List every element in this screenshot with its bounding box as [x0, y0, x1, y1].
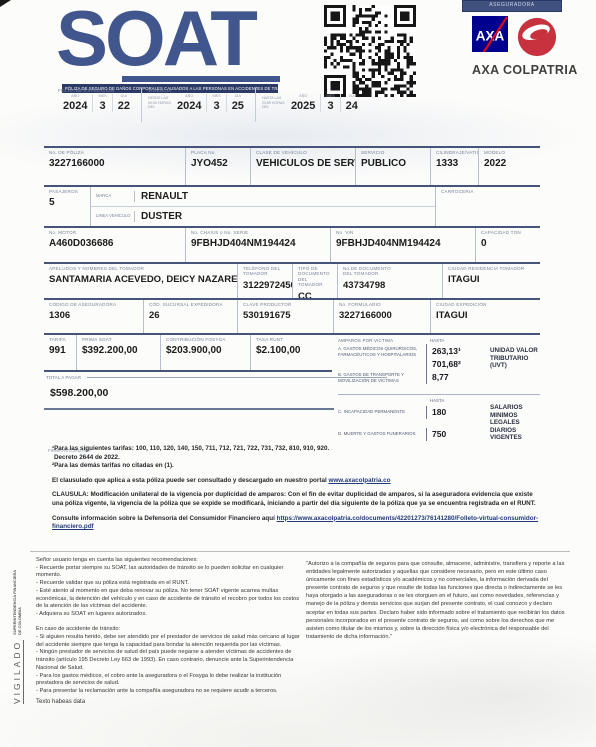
vigencia-desde-group: VIGENCIA DESDE LAS 00:00 HORAS DEL AÑO20… — [141, 88, 255, 122]
scan-corner-artifact — [0, 0, 11, 7]
field-telefono: TELÉFONO DEL TOMADOR 3122972450 — [237, 264, 292, 298]
field-num-documento: No.DE DOCUMENTO DEL TOMADOR 43734798 — [337, 264, 442, 298]
field-tomador: APELLIDOS Y NOMBRES DEL TOMADOR SANTAMAR… — [44, 264, 237, 298]
hasta-label-2: HASTA — [430, 398, 444, 403]
qr-code-canvas — [324, 5, 416, 97]
field-pasajeros: PASAJEROS 5 — [44, 187, 90, 226]
footer-recommendations: Señor usuario tenga en cuenta las siguie… — [36, 557, 304, 696]
field-tarifa: TARIFA 991 — [44, 335, 76, 370]
amparo-d-label: D. MUERTE Y GASTOS FUNERARIOS — [338, 431, 424, 437]
policy-table: No. DE PÓLIZA 3227166000 PLACA No. JYO45… — [44, 146, 540, 333]
vigencia-desde-label: DESDE LAS 00:00 HORAS DEL — [148, 96, 172, 110]
dia-label: DIA — [118, 94, 130, 98]
total-a-pagar-label: TOTAL A PAGAR — [46, 375, 332, 380]
field-modelo: MODELO 2022 — [478, 148, 540, 185]
vigencia-hasta-label: HASTA LAS 23:59 HORAS DEL — [262, 96, 286, 110]
note-tarifas-1: ¹Para las siguientes tarifas: 100, 110, … — [52, 445, 544, 454]
hasta-ano: 2025 — [291, 100, 315, 112]
hasta-dia: 24 — [346, 100, 358, 112]
vigencia-hasta-group: HASTA LAS 23:59 HORAS DEL AÑO2025 MES3 D… — [255, 88, 369, 122]
field-tipo-documento: TIPO DE DOCUMENTO DEL TOMADOR CC — [292, 264, 337, 298]
fecha-expedicion-group: FECHA DE EXPEDICIÓN AÑO2024 MES3 DIA22 — [58, 88, 141, 122]
footer-line: - Para los gastos médicos, el cobro ante… — [36, 673, 304, 688]
clausula-paragraph: CLAUSULA: Modificación unilateral de la … — [52, 491, 544, 508]
field-tasa-runt: TASA RUNT $2.100,00 — [250, 335, 332, 370]
table-row-tomador: APELLIDOS Y NOMBRES DEL TOMADOR SANTAMAR… — [44, 262, 540, 298]
total-bottom-line — [44, 408, 334, 410]
field-sucursal: CÓD. SUCURSAL EXPEDIDORA 26 — [143, 300, 237, 333]
mes-label: MES — [98, 94, 106, 98]
footer-line: - Recuerde portar siempre su SOAT, las a… — [36, 565, 304, 580]
soat-logo-underline — [122, 76, 280, 82]
footer-line: - Adquiera su SOAT en lugares autorizado… — [36, 611, 304, 619]
amparo-d-value: 750 — [426, 428, 476, 441]
expedicion-dia: 22 — [118, 100, 130, 112]
notes-section: ¹Para las siguientes tarifas: 100, 110, … — [52, 445, 544, 532]
habeas-data-label: Texto habeas data — [36, 699, 85, 705]
field-vin: No. VIN 9FBHJD404NM194424 — [330, 228, 475, 262]
ano-label: AÑO — [177, 94, 201, 98]
colpatria-swirl-icon — [515, 16, 559, 58]
field-poliza: No. DE PÓLIZA 3227166000 — [44, 148, 185, 185]
footer-line: En caso de accidente de tránsito: — [36, 626, 304, 634]
field-ciudad-expedicion: CIUDAD EXPEDICIÓN ITAGUI — [430, 300, 540, 333]
amparo-c-label: C. INCAPACIDAD PERMANENTE — [338, 409, 424, 415]
hasta-mes: 3 — [326, 100, 334, 112]
desde-ano: 2024 — [177, 100, 201, 112]
dates-strip: FECHA DE EXPEDICIÓN AÑO2024 MES3 DIA22 V… — [58, 88, 369, 122]
table-row-marca: PASAJEROS 5 MARCA RENAULT LINEA VEHICULO… — [44, 185, 540, 226]
hasta-label-1: HASTA — [430, 338, 444, 343]
field-servicio: SERVICIO PUBLICO — [355, 148, 430, 185]
field-motor: No. MOTOR A460D036686 — [44, 228, 185, 262]
footer-divider — [30, 551, 570, 552]
brand-block: AXA AXA COLPATRIA — [472, 16, 590, 77]
amparo-b-value: 8,77 — [426, 371, 476, 384]
field-placa: PLACA No. JYO452 — [185, 148, 250, 185]
ano-label: AÑO — [63, 94, 87, 98]
marca-value: RENAULT — [134, 191, 188, 202]
amparo-a-value: 263,13¹ 701,68² — [426, 344, 476, 373]
qr-code — [324, 5, 416, 97]
vigilado-entity: SUPERINTENDENCIA FINANCIERA DE COLOMBIA — [13, 570, 22, 635]
field-formulario: No. FORMULARIO 3227166000 — [333, 300, 430, 333]
footer-authorization: "Autorizo a la compañía de seguros para … — [306, 560, 568, 641]
field-chasis: No. CHASIS o No. SERIE 9FBHJD404NM194424 — [185, 228, 330, 262]
aseguradora-banner: ASEGURADORA — [462, 0, 562, 12]
ano-label: AÑO — [291, 94, 315, 98]
field-codigo-aseguradora: CÓDIGO DE ASEGURADORA 1306 — [44, 300, 143, 333]
amparo-b-label: B. GASTOS DE TRANSPORTE Y MOVILIZACIÓN D… — [338, 372, 424, 383]
expedicion-mes: 3 — [98, 100, 106, 112]
brand-name: AXA COLPATRIA — [472, 63, 590, 77]
desde-mes: 3 — [212, 100, 220, 112]
field-clase-vehiculo: CLASE DE VEHÍCULO VEHICULOS DE SERVIC — [250, 148, 355, 185]
field-cilindraje: CILINDRAJE/VATIOS 1333 — [430, 148, 478, 185]
mes-label: MES — [326, 94, 334, 98]
footer-line: - Si alguien resulta herido, debe ser at… — [36, 634, 304, 649]
linea-label: LINEA VEHICULO — [91, 214, 134, 219]
soat-policy-document: ASEGURADORA SOAT PÓLIZA DE SEGURO DE DAÑ… — [0, 0, 596, 747]
field-marca-linea: MARCA RENAULT LINEA VEHICULO DUSTER — [90, 187, 435, 226]
note-decreto: Decreto 2644 de 2022. — [52, 454, 544, 463]
footer-line: - Para presentar la reclamación ante la … — [36, 688, 304, 696]
field-capacidad: CAPACIDAD TON 0 — [475, 228, 540, 262]
field-carroceria: CARROCERIA — [435, 187, 540, 226]
table-row-vehicle: No. DE PÓLIZA 3227166000 PLACA No. JYO45… — [44, 146, 540, 185]
field-contribucion-fosyga: CONTRIBUCIÓN FOSYGA TASA RUNT $203.900,0… — [160, 335, 250, 370]
field-clave-productor: CLAVE PRODUCTOR 530191675 — [237, 300, 333, 333]
linea-value: DUSTER — [134, 211, 182, 222]
expedicion-ano: 2024 — [63, 100, 87, 112]
footer-line: Señor usuario tenga en cuenta las siguie… — [36, 557, 304, 565]
footer-line — [36, 619, 304, 627]
footer-line: - Esté atento al momento en que deba ren… — [36, 588, 304, 611]
amparos-block: AMPAROS POR VICTIMA HASTA A. GASTOS MÉDI… — [338, 338, 540, 456]
smldv-label: SALARIOS MINIMOS LEGALES DIARIOS VIGENTE… — [490, 404, 542, 442]
desde-dia: 25 — [232, 100, 244, 112]
amparos-header: AMPAROS POR VICTIMA — [338, 338, 393, 343]
amparo-c-value: 180 — [426, 406, 476, 419]
table-row-expedicion: CÓDIGO DE ASEGURADORA 1306 CÓD. SUCURSAL… — [44, 298, 540, 333]
soat-logo: SOAT — [56, 0, 255, 84]
mes-label: MES — [212, 94, 220, 98]
uvt-label: UNIDAD VALOR TRIBUTARIO (UVT) — [490, 347, 542, 370]
defensoria-line: Consulte información sobre la Defensoría… — [52, 515, 544, 532]
clausulado-line: El clausulado que aplica a esta póliza p… — [52, 477, 544, 486]
premium-block: TARIFA 991 PRIMA SOAT $392.200,00 CONTRI… — [44, 335, 332, 453]
table-row-motor: No. MOTOR A460D036686 No. CHASIS o No. S… — [44, 226, 540, 262]
dia-label: DIA — [346, 94, 358, 98]
vigilado-word: VIGILADO — [12, 640, 24, 704]
field-prima-soat: PRIMA SOAT $392.200,00 — [76, 335, 160, 370]
field-ciudad-residencia: CIUDAD RESIDENCIA TOMADOR ITAGUI — [442, 264, 540, 298]
amparos-divider — [338, 394, 540, 395]
footer-line: - Recuerde validar que su póliza está re… — [36, 580, 304, 588]
vigilado-strip: VIGILADO SUPERINTENDENCIA FINANCIERA DE … — [8, 540, 28, 704]
note-tarifas-2: ²Para las demás tarifas no citadas en (1… — [52, 462, 544, 471]
total-a-pagar-value: $598.200,00 — [50, 387, 332, 399]
portal-link[interactable]: www.axacolpatria.co — [328, 477, 390, 484]
dia-label: DIA — [232, 94, 244, 98]
amparo-a-label: A. GASTOS MÉDICOS QUIRÚRGICOS, FARMACÉUT… — [338, 346, 424, 357]
marca-label: MARCA — [91, 194, 134, 199]
premium-amparos-zone: TARIFA 991 PRIMA SOAT $392.200,00 CONTRI… — [44, 333, 540, 457]
axa-logo-icon: AXA — [472, 16, 508, 52]
footer-line: - Ningún prestador de servicios de salud… — [36, 649, 304, 672]
